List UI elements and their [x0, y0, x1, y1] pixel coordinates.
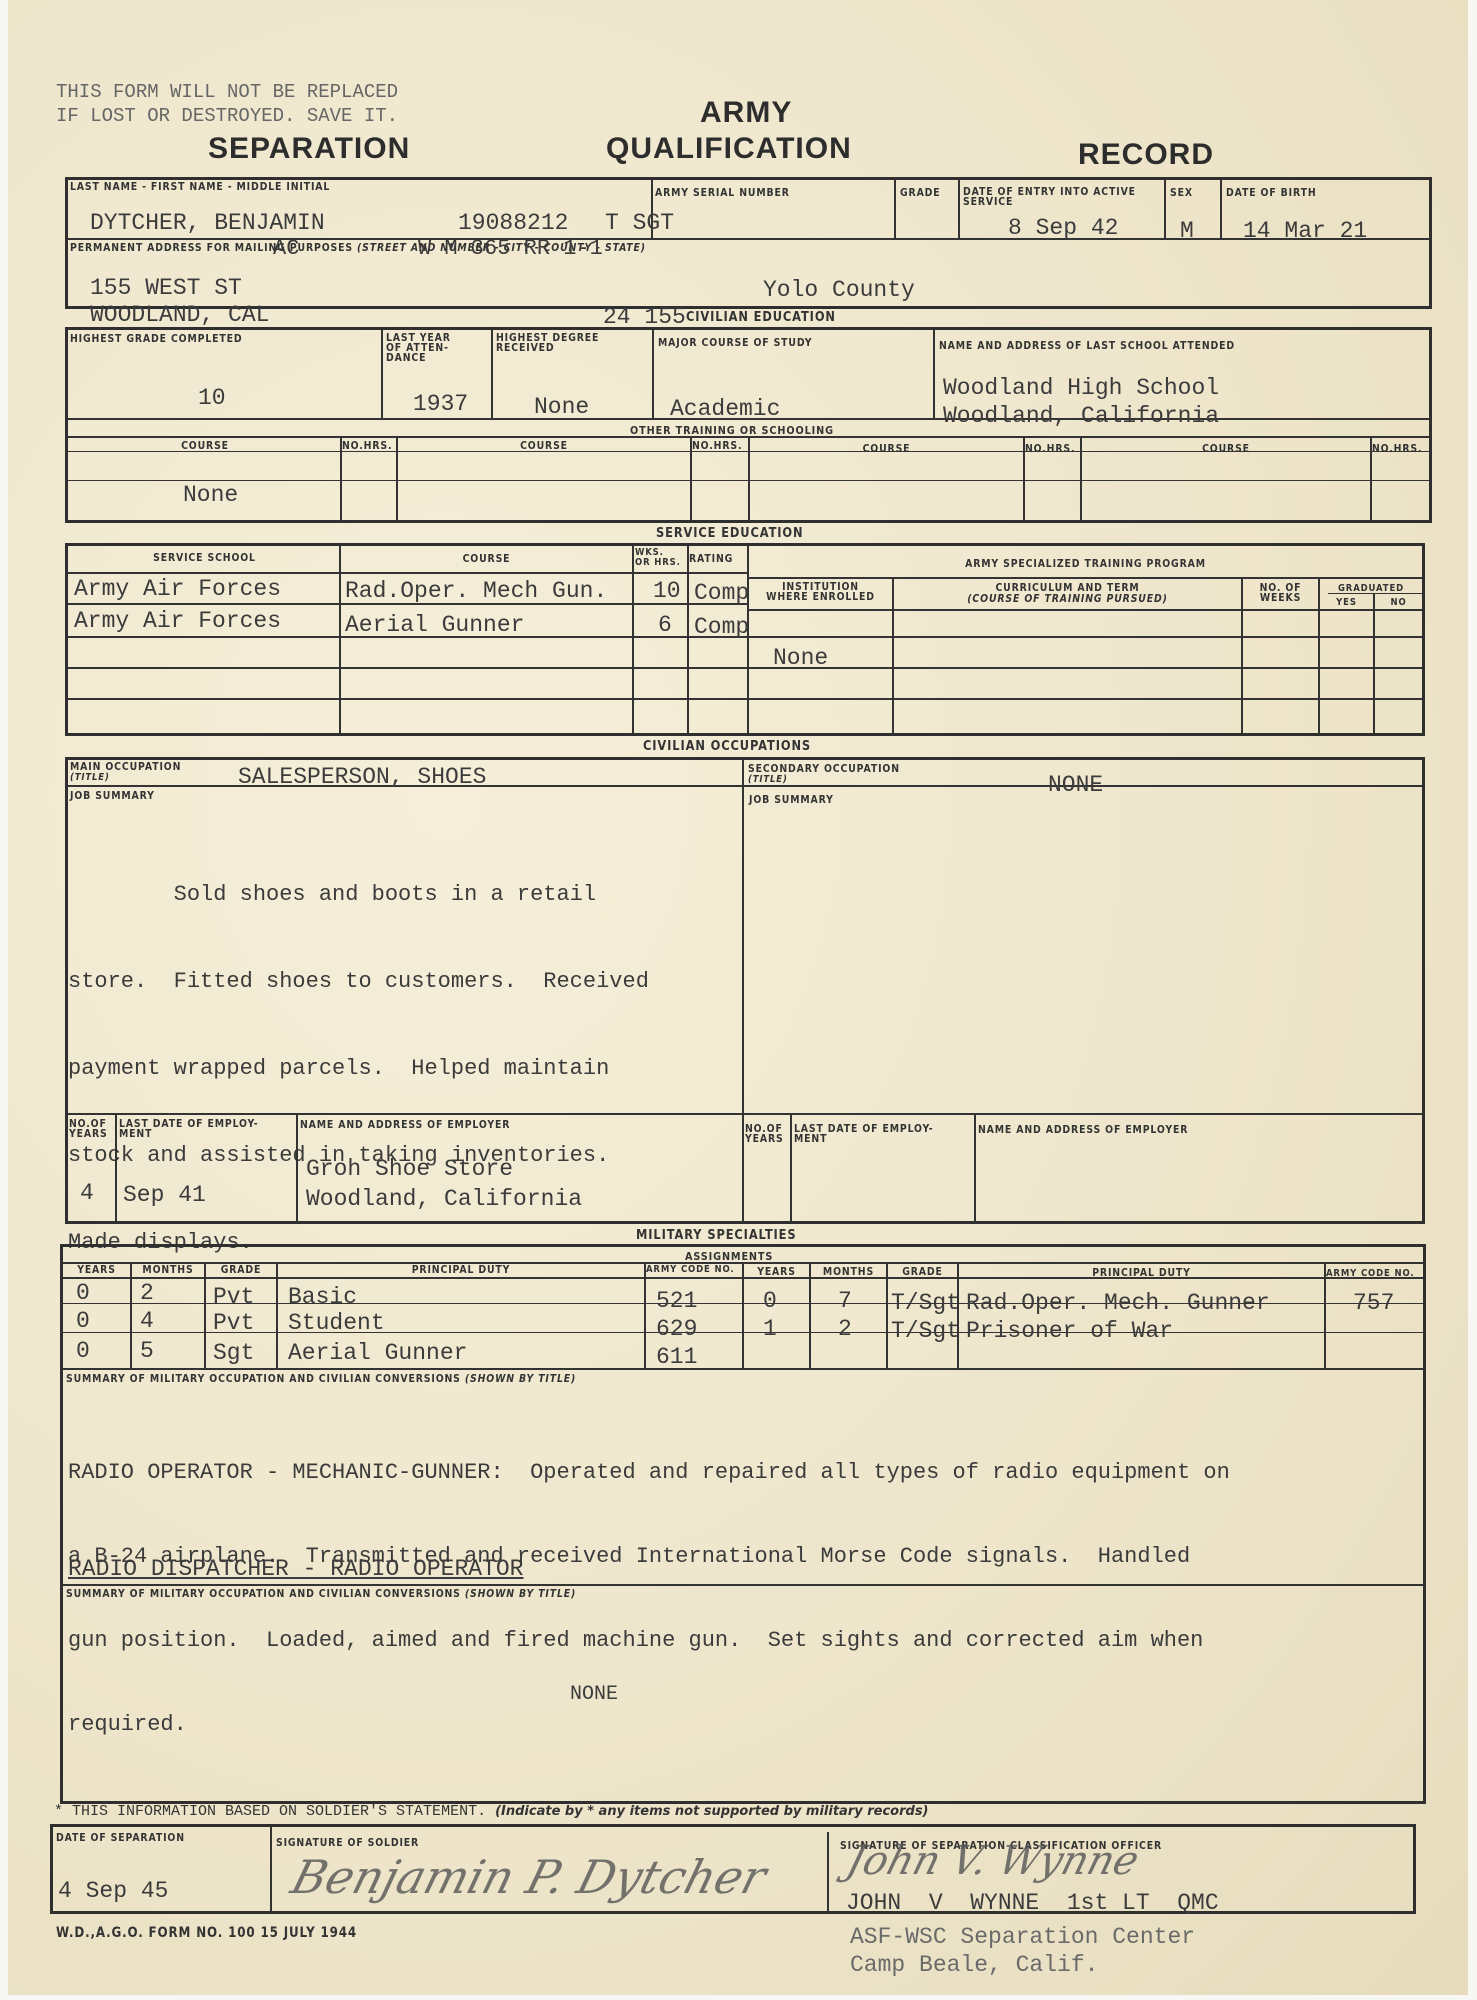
spec-grade: T/Sgt	[891, 1290, 960, 1316]
service-wks-1: 10	[653, 578, 681, 604]
divider	[1241, 577, 1243, 733]
label-no-years-2: NO.OF YEARS	[745, 1124, 782, 1144]
spec-code: 629	[656, 1316, 697, 1342]
header-rating: RATING	[689, 553, 733, 564]
header-code-right: ARMY CODE NO.	[1326, 1268, 1414, 1279]
summary-line: gun position. Loaded, aimed and fired ma…	[68, 1627, 1230, 1655]
replacement-notice: THIS FORM WILL NOT BE REPLACED IF LOST O…	[56, 80, 398, 128]
spec-years: 0	[76, 1280, 90, 1306]
label-summary-text: SUMMARY OF MILITARY OCCUPATION AND CIVIL…	[66, 1587, 461, 1600]
header-no: NO	[1379, 597, 1419, 608]
divider	[115, 1113, 117, 1221]
spec-duty: Prisoner of War	[966, 1318, 1173, 1344]
service-rating-1: Comp	[694, 580, 749, 606]
divider	[892, 577, 894, 733]
notice-line-2: IF LOST OR DESTROYED. SAVE IT.	[56, 104, 398, 128]
service-school-1: Army Air Forces	[74, 576, 281, 602]
separation-center-line-1: ASF-WSC Separation Center	[850, 1924, 1195, 1950]
spec-duty: Student	[288, 1310, 385, 1336]
spec-months: 2	[838, 1316, 852, 1342]
divider	[742, 1262, 744, 1368]
header-months-left: MONTHS	[137, 1264, 198, 1275]
document-page: THIS FORM WILL NOT BE REPLACED IF LOST O…	[8, 0, 1468, 1995]
spec-code: 521	[656, 1288, 697, 1314]
label-name: LAST NAME - FIRST NAME - MIDDLE INITIAL	[70, 181, 330, 192]
title-army: ARMY	[700, 96, 792, 130]
name-value: DYTCHER, BENJAMIN	[90, 210, 325, 236]
divider	[204, 1262, 206, 1368]
label-last-date-1: LAST DATE OF EMPLOY- MENT	[119, 1119, 268, 1139]
divider	[933, 330, 935, 418]
label-job-summary-secondary: JOB SUMMARY	[749, 794, 834, 805]
spec-grade: Pvt	[213, 1284, 254, 1310]
title-separation: SEPARATION	[208, 132, 410, 166]
divider	[1318, 577, 1320, 733]
label-entry-date: DATE OF ENTRY INTO ACTIVE SERVICE	[963, 187, 1150, 207]
label-date-of-separation: DATE OF SEPARATION	[56, 1832, 185, 1843]
label-main-occupation-text: MAIN OCCUPATION	[70, 761, 181, 772]
label-summary-text: SUMMARY OF MILITARY OCCUPATION AND CIVIL…	[66, 1372, 461, 1385]
spec-months: 4	[140, 1308, 154, 1334]
divider	[687, 546, 689, 733]
spec-duty: Basic	[288, 1284, 357, 1310]
divider	[652, 330, 654, 418]
label-highest-grade: HIGHEST GRADE COMPLETED	[70, 333, 242, 344]
label-employer-2: NAME AND ADDRESS OF EMPLOYER	[978, 1124, 1188, 1135]
divider	[276, 1262, 278, 1368]
summary-line: payment wrapped parcels. Helped maintain	[68, 1054, 649, 1083]
divider	[644, 1262, 646, 1368]
divider	[339, 546, 341, 733]
header-yes: YES	[1324, 597, 1369, 608]
highest-grade-value: 10	[198, 385, 226, 411]
divider	[491, 330, 493, 418]
label-employer-1: NAME AND ADDRESS OF EMPLOYER	[300, 1119, 510, 1130]
header-service-school: SERVICE SCHOOL	[90, 552, 319, 563]
label-highest-degree: HIGHEST DEGREE RECEIVED	[496, 333, 624, 353]
statement-text: * THIS INFORMATION BASED ON SOLDIER'S ST…	[54, 1803, 486, 1820]
label-last-date-2: LAST DATE OF EMPLOY- MENT	[794, 1124, 943, 1144]
header-institution: INSTITUTION WHERE ENROLLED	[760, 582, 882, 602]
spec-grade: T/Sgt	[891, 1318, 960, 1344]
label-no-years-1: NO.OF YEARS	[69, 1119, 106, 1139]
divider	[63, 1368, 1423, 1370]
label-title-hint: (TITLE)	[748, 774, 900, 785]
header-duty-left: PRINCIPAL DUTY	[305, 1264, 616, 1275]
other-training-value: None	[183, 482, 238, 508]
label-title-hint: (TITLE)	[70, 772, 181, 783]
spec-months: 7	[838, 1288, 852, 1314]
school-line-1: Woodland High School	[943, 375, 1219, 401]
separation-date-value: 4 Sep 45	[58, 1878, 168, 1904]
divider	[270, 1827, 272, 1911]
label-job-summary-main: JOB SUMMARY	[70, 790, 155, 801]
spec-code: 611	[656, 1344, 697, 1370]
label-summary-2: SUMMARY OF MILITARY OCCUPATION AND CIVIL…	[66, 1588, 576, 1599]
form-number: W.D.,A.G.O. FORM NO. 100 15 July 1944	[56, 1928, 357, 1939]
civilian-conversion-value: RADIO DISPATCHER - RADIO OPERATOR	[68, 1556, 523, 1582]
header-course-1: COURSE	[90, 440, 320, 451]
major-course-value: Academic	[670, 396, 780, 422]
label-secondary-occupation-text: SECONDARY OCCUPATION	[748, 763, 900, 774]
header-grade-left: GRADE	[211, 1264, 271, 1275]
header-curriculum-sub: (COURSE OF TRAINING PURSUED)	[920, 593, 1215, 604]
label-sex: SEX	[1170, 187, 1193, 198]
divider	[381, 330, 383, 418]
divider	[958, 180, 960, 238]
statement-hint: (Indicate by * any items not supported b…	[495, 1804, 928, 1819]
label-secondary-occupation: SECONDARY OCCUPATION (TITLE)	[748, 763, 900, 785]
county-value: Yolo County	[763, 277, 915, 303]
school-line-2: Woodland, California	[943, 403, 1219, 429]
address-line-2: WOODLAND, CAL	[90, 302, 269, 328]
spec-years: 0	[763, 1288, 777, 1314]
spec-grade: Sgt	[213, 1340, 254, 1366]
address-line-1: 155 WEST ST	[90, 275, 242, 301]
spec-years: 0	[76, 1338, 90, 1364]
header-hrs-2: NO.HRS.	[692, 440, 742, 451]
header-curriculum: CURRICULUM AND TERM (COURSE OF TRAINING …	[920, 582, 1215, 604]
divider	[1220, 180, 1222, 238]
highest-degree-value: None	[534, 394, 589, 420]
divider	[396, 436, 398, 521]
header-course-3: COURSE	[770, 443, 1002, 454]
header-years-left: YEARS	[68, 1264, 125, 1275]
header-hrs-4: NO.HRS.	[1372, 443, 1422, 454]
section-service-education: SERVICE EDUCATION	[656, 526, 803, 541]
divider	[886, 1262, 888, 1368]
officer-name-value: JOHN V WYNNE 1st LT QMC	[846, 1890, 1219, 1916]
entry-date-value: 8 Sep 42	[1008, 215, 1118, 241]
service-course-1: Rad.Oper. Mech Gun.	[345, 578, 607, 604]
last-year-value: 1937	[413, 391, 468, 417]
header-astp: ARMY SPECIALIZED TRAINING PROGRAM	[799, 558, 1371, 569]
label-summary-hint: (Shown by title)	[465, 1372, 576, 1385]
header-graduated: GRADUATED	[1328, 583, 1415, 594]
divider	[974, 1113, 976, 1221]
divider	[296, 1113, 298, 1221]
separation-center-line-2: Camp Beale, Calif.	[850, 1952, 1098, 1978]
divider	[1080, 436, 1082, 521]
header-wks: WKS. OR HRS.	[635, 548, 682, 568]
section-civilian-education: CIVILIAN EDUCATION	[686, 310, 836, 325]
section-military-specialties: MILITARY SPECIALTIES	[636, 1228, 796, 1243]
summary-line: required.	[68, 1711, 1230, 1739]
title-record: RECORD	[1078, 138, 1214, 172]
employment-years-value: 4	[80, 1180, 94, 1206]
label-grade: GRADE	[900, 187, 941, 198]
soldier-signature: Benjamin P. Dytcher	[286, 1850, 772, 1904]
label-summary-hint: (Shown by title)	[465, 1587, 576, 1600]
header-code-left: ARMY CODE NO.	[646, 1264, 734, 1275]
statement-line: * THIS INFORMATION BASED ON SOLDIER'S ST…	[54, 1803, 929, 1820]
label-summary-1: SUMMARY OF MILITARY OCCUPATION AND CIVIL…	[66, 1373, 576, 1384]
section-civilian-occupations: CIVILIAN OCCUPATIONS	[643, 739, 811, 754]
notice-line-1: THIS FORM WILL NOT BE REPLACED	[56, 80, 398, 104]
header-weeks: NO. OF WEEKS	[1249, 583, 1313, 603]
divider	[130, 1262, 132, 1368]
divider	[68, 698, 1422, 700]
service-rating-2: Comp	[694, 614, 749, 640]
divider	[894, 180, 896, 238]
spec-grade: Pvt	[213, 1310, 254, 1336]
divider	[827, 1832, 829, 1911]
header-hrs-1: NO.HRS.	[342, 440, 392, 451]
astp-value: None	[773, 645, 828, 671]
spec-duty: Rad.Oper. Mech. Gunner	[966, 1290, 1270, 1316]
secondary-occupation-value: NONE	[1048, 772, 1103, 798]
divider	[809, 1262, 811, 1368]
spec-code: 757	[1353, 1290, 1394, 1316]
label-major-course: MAJOR COURSE OF STUDY	[658, 337, 812, 348]
overtype-ac: AC	[273, 236, 299, 261]
serial-value: 19088212	[458, 210, 568, 236]
label-last-year: LAST YEAR OF ATTEN- DANCE	[386, 333, 463, 363]
grade-value: T SGT	[605, 210, 674, 236]
summary-line: RADIO OPERATOR - MECHANIC-GUNNER: Operat…	[68, 1459, 1230, 1487]
label-last-school: NAME AND ADDRESS OF LAST SCHOOL ATTENDED	[939, 340, 1235, 351]
spec-months: 2	[140, 1280, 154, 1306]
header-duty-right: PRINCIPAL DUTY	[986, 1267, 1296, 1278]
header-hrs-3: NO.HRS.	[1025, 443, 1075, 454]
second-summary-value: NONE	[570, 1683, 618, 1706]
employer-line-1: Groh Shoe Store	[306, 1156, 513, 1182]
last-date-value: Sep 41	[123, 1182, 206, 1208]
title-qualification: QUALIFICATION	[606, 132, 852, 166]
spec-years: 0	[76, 1308, 90, 1334]
spec-years: 1	[763, 1316, 777, 1342]
header-service-course: COURSE	[363, 553, 610, 564]
label-main-occupation: MAIN OCCUPATION (TITLE)	[70, 761, 181, 783]
service-school-2: Army Air Forces	[74, 608, 281, 634]
sex-value: M	[1180, 218, 1194, 244]
service-wks-2: 6	[658, 612, 672, 638]
divider	[742, 760, 744, 1221]
overtype-code: W M 365 RR 1-1	[418, 236, 603, 261]
label-birth-date: DATE OF BIRTH	[1226, 187, 1317, 198]
spec-months: 5	[140, 1338, 154, 1364]
header-grade-right: GRADE	[893, 1266, 952, 1277]
divider	[1164, 180, 1166, 238]
summary-line: Sold shoes and boots in a retail	[68, 880, 649, 909]
summary-line: store. Fitted shoes to customers. Receiv…	[68, 967, 649, 996]
birth-date-value: 14 Mar 21	[1243, 218, 1367, 244]
divider	[749, 577, 1422, 579]
main-occupation-value: SALESPERSON, SHOES	[238, 764, 486, 790]
label-address-text: PERMANENT ADDRESS FOR MAILING PURPOSES	[70, 241, 353, 254]
header-months-right: MONTHS	[817, 1266, 881, 1277]
divider	[68, 667, 1422, 669]
divider	[749, 609, 1422, 611]
header-years-right: YEARS	[749, 1266, 804, 1277]
employer-line-2: Woodland, California	[306, 1186, 582, 1212]
divider	[1373, 594, 1375, 733]
main-job-summary: Sold shoes and boots in a retail store. …	[68, 822, 649, 1315]
divider	[63, 1584, 1423, 1586]
divider	[790, 1113, 792, 1221]
spec-duty: Aerial Gunner	[288, 1340, 467, 1366]
service-course-2: Aerial Gunner	[345, 612, 524, 638]
divider	[632, 546, 634, 733]
label-serial: ARMY SERIAL NUMBER	[655, 187, 790, 198]
officer-signature: John V. Wynne	[842, 1838, 1144, 1884]
label-soldier-signature: SIGNATURE OF SOLDIER	[276, 1837, 419, 1848]
header-course-2: COURSE	[420, 440, 668, 451]
divider	[68, 572, 748, 574]
header-course-4: COURSE	[1104, 443, 1349, 454]
divider	[748, 436, 750, 521]
